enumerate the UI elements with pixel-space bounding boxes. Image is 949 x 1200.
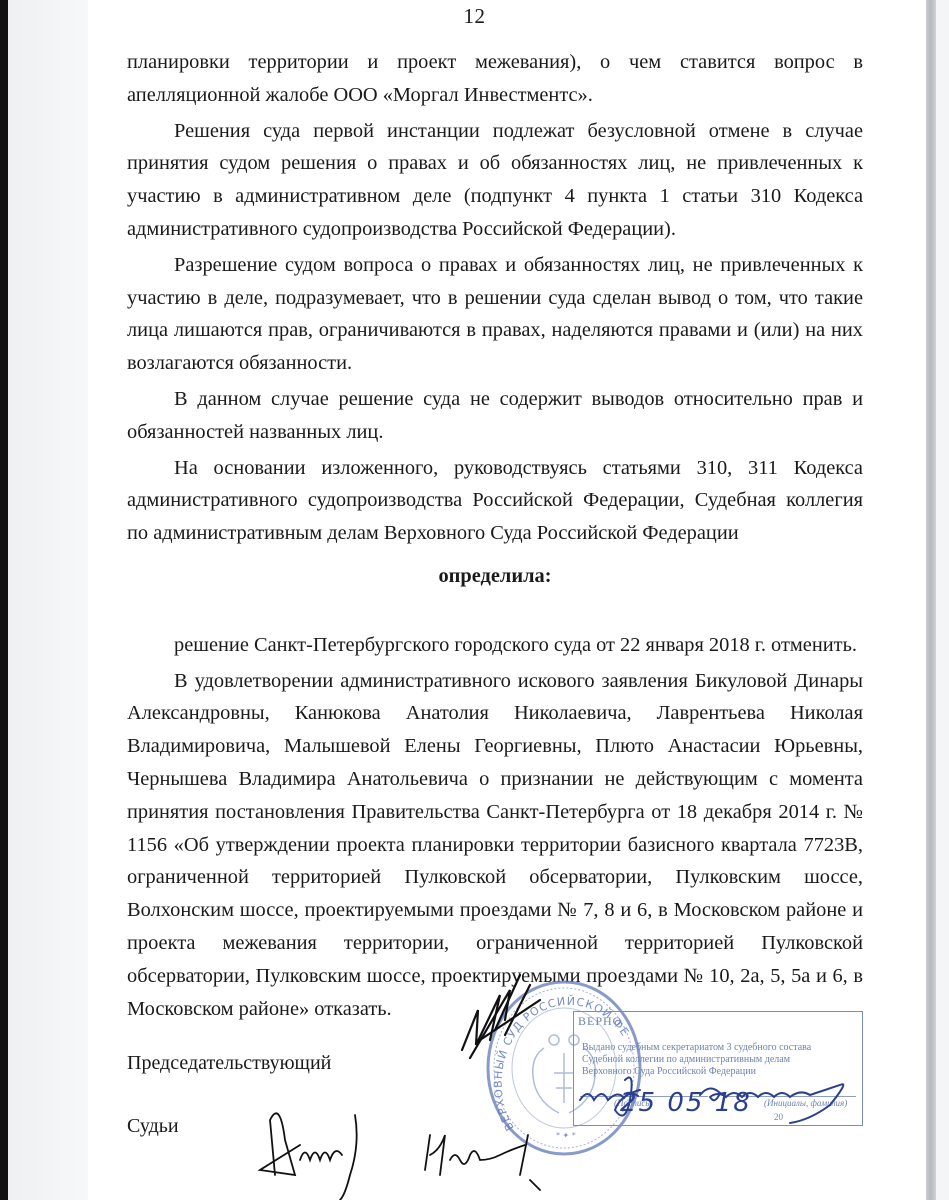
page-number: 12 [0,4,949,29]
year-prefix: 20 [774,1112,783,1123]
scan-left-margin [8,0,88,1200]
stamp-title: ВЕРНО [578,1016,622,1027]
paragraph: планировки территории и проект межевания… [127,46,863,112]
scan-left-edge [0,0,8,1200]
scan-right-edge [936,0,949,1200]
stamp-line: Судебной коллегии по административным де… [582,1054,858,1065]
scan-right-shadow [926,0,936,1200]
ruling-paragraph: В удовлетворении административного исков… [127,665,863,1026]
ruling-paragraph: решение Санкт-Петербургского городского … [127,629,863,662]
name-caption: (Инициалы, фамилия) [764,1098,847,1109]
stamp-line: Выдано судебным секретариатом 3 судебног… [582,1042,858,1053]
document-body: планировки территории и проект межевания… [127,46,863,1025]
handwritten-date: 25 05 18 [620,1088,752,1118]
svg-text:* ✦ *: * ✦ * [556,1131,576,1140]
verdict-heading: определила: [127,560,863,593]
paragraph: В данном случае решение суда не содержит… [127,383,863,449]
stamp-line: Верховного Суда Российской Федерации [582,1066,858,1077]
paragraph: Решения суда первой инстанции подлежат б… [127,115,863,246]
paragraph: На основании изложенного, руководствуясь… [127,452,863,550]
presiding-judge-label: Председательствующий [127,1052,331,1075]
paragraph: Разрешение судом вопроса о правах и обяз… [127,249,863,380]
judges-label: Судьи [127,1115,179,1138]
